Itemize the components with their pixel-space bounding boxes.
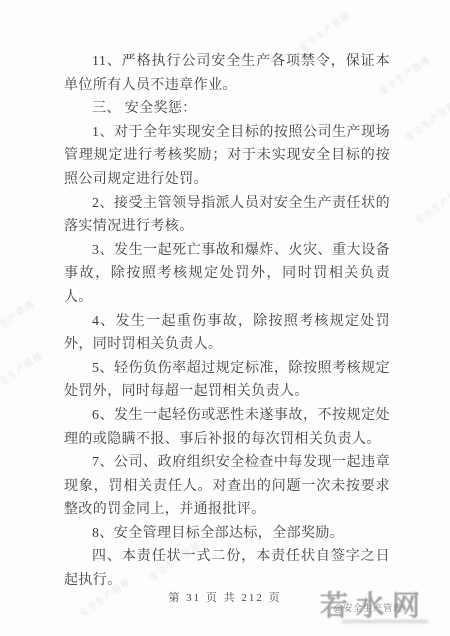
diagonal-watermark: 安全生产管理 [402, 99, 450, 144]
paragraph: 6、发生一起轻伤或恶性未遂事故，不按规定处理的或隐瞒不报、事后补报的每次罚相关负… [64, 404, 390, 451]
diagonal-watermark: 安全生产管理 [0, 349, 45, 394]
site-logo: 若水网 @安全生产管理 [320, 584, 448, 630]
diagonal-watermark: 安全生产管理 [412, 182, 450, 227]
paragraph: 11、严格执行公司安全生产各项禁令，保证本单位所有人员不违章作业。 [64, 50, 390, 97]
diagonal-watermark: 安全生产管理 [296, 9, 353, 54]
paragraph: 4、发生一起重伤事故，除按照考核规定处罚外，同时罚相关负责人。 [64, 310, 390, 357]
paragraph: 1、对于全年实现安全目标的按照公司生产现场管理规定进行考核奖励；对于未实现安全目… [64, 121, 390, 192]
paragraph: 8、安全管理目标全部达标，全部奖励。 [64, 522, 390, 546]
diagonal-watermark: 安全生产管理 [0, 297, 37, 342]
site-logo-overlay-text: @安全生产管理 [334, 601, 403, 614]
paragraph: 5、轻伤负伤率超过规定标准，除按照考核规定处罚外，同时每超一起罚相关负责人。 [64, 357, 390, 404]
paragraph: 7、公司、政府组织安全检查中每发现一起违章现象，罚相关责任人。对查出的问题一次未… [64, 451, 390, 522]
paragraph: 3、发生一起死亡事故和爆炸、火灾、重大设备事故，除按照考核规定处罚外，同时罚相关… [64, 239, 390, 310]
logo-smudge-decoration [342, 620, 428, 623]
document-body: 11、严格执行公司安全生产各项禁令，保证本单位所有人员不违章作业。三、 安全奖惩… [64, 50, 390, 593]
paragraph: 三、 安全奖惩： [64, 97, 390, 121]
document-page: 安全生产管理 安全生产管理 安全生产管理 安全生产管理 安全生产管理 安全生产管… [0, 0, 450, 636]
paragraph: 2、接受主管领导指派人员对安全生产责任状的落实情况进行考核。 [64, 192, 390, 239]
